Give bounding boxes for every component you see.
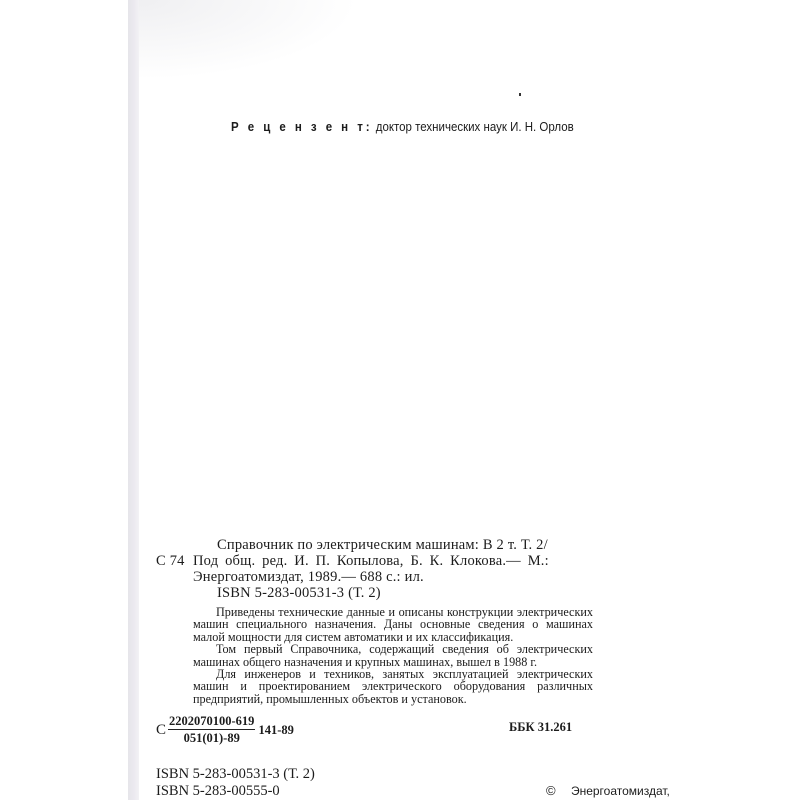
biblio-title-line: Справочник по электрическим машинам: В 2…: [217, 537, 548, 554]
reviewer-text: доктор технических наук И. Н. Орлов: [376, 120, 574, 134]
isbn-volume: ISBN 5-283-00531-3 (Т. 2): [156, 766, 315, 783]
classification-fraction: 2202070100-619 051(01)-89: [168, 715, 255, 745]
annotation-paragraph: Приведены технические данные и описаны к…: [193, 606, 593, 643]
annotation-paragraph: Том первый Справочника, содержащий сведе…: [193, 643, 593, 668]
biblio-publisher-line: Энергоатомиздат, 1989.— 688 с.: ил.: [193, 569, 424, 586]
annotation-paragraph: Для инженеров и техников, занятых эксплу…: [193, 668, 593, 705]
copyright-icon: ©: [546, 783, 556, 798]
biblio-editors-line: Под общ. ред. И. П. Копылова, Б. К. Клок…: [193, 553, 549, 570]
isbn-set: ISBN 5-283-00555-0: [156, 783, 280, 800]
background-margin: [0, 0, 128, 800]
print-speck: [519, 93, 521, 96]
biblio-index: С 74: [156, 553, 185, 570]
classification-code: С 2202070100-619 051(01)-89 141-89: [156, 715, 294, 745]
page-edge-strip: [128, 0, 139, 800]
fraction-denominator: 051(01)-89: [184, 730, 240, 745]
copyright-notice: © Энергоатомиздат,: [546, 783, 670, 798]
fraction-numerator: 2202070100-619: [168, 715, 255, 730]
copyright-publisher: Энергоатомиздат,: [571, 784, 670, 798]
annotation-block: Приведены технические данные и описаны к…: [193, 606, 593, 705]
page-shadow: [139, 0, 359, 80]
reviewer-label: Р е ц е н з е н т:: [231, 120, 373, 134]
bbk-code: ББК 31.261: [509, 720, 572, 735]
reviewer-line: Р е ц е н з е н т: доктор технических на…: [231, 120, 574, 134]
biblio-isbn-line: ISBN 5-283-00531-3 (Т. 2): [217, 585, 381, 602]
classification-letter: С: [156, 722, 166, 739]
classification-suffix: 141-89: [258, 723, 293, 738]
